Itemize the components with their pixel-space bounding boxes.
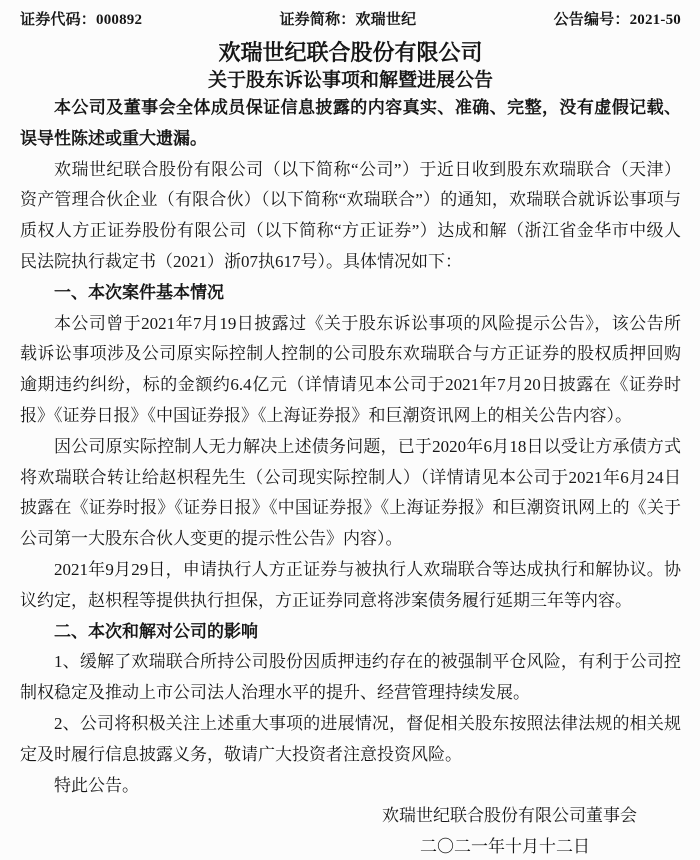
section2-heading: 二、本次和解对公司的影响 <box>20 617 681 648</box>
announcement-number: 公告编号：2021-50 <box>554 10 681 30</box>
document-header-row: 证券代码：000892 证券简称：欢瑞世纪 公告编号：2021-50 <box>20 10 681 30</box>
section2-paragraph-1: 1、缓解了欢瑞联合所持公司股份因质押违约存在的被强制平仓风险，有利于公司控制权稳… <box>20 647 681 709</box>
document-body: 本公司及董事会全体成员保证信息披露的内容真实、准确、完整，没有虚假记载、误导性陈… <box>20 93 681 801</box>
disclaimer-statement: 本公司及董事会全体成员保证信息披露的内容真实、准确、完整，没有虚假记载、误导性陈… <box>20 93 681 155</box>
signature-block: 欢瑞世纪联合股份有限公司董事会 二〇二一年十月十二日 <box>20 801 681 860</box>
section1-paragraph-1: 本公司曾于2021年7月19日披露过《关于股东诉讼事项的风险提示公告》，该公告所… <box>20 309 681 432</box>
section1-paragraph-3: 2021年9月29日，申请执行人方正证券与被执行人欢瑞联合等达成执行和解协议。协… <box>20 555 681 617</box>
signature-date: 二〇二一年十月十二日 <box>20 832 681 860</box>
stock-code: 证券代码：000892 <box>20 10 142 30</box>
section2-paragraph-2: 2、公司将积极关注上述重大事项的进展情况，督促相关股东按照法律法规的相关规定及时… <box>20 709 681 771</box>
company-title: 欢瑞世纪联合股份有限公司 <box>20 40 681 66</box>
section1-paragraph-2: 因公司原实际控制人无力解决上述债务问题，已于2020年6月18日以受让方承债方式… <box>20 432 681 555</box>
section1-heading: 一、本次案件基本情况 <box>20 278 681 309</box>
intro-paragraph: 欢瑞世纪联合股份有限公司（以下简称“公司”）于近日收到股东欢瑞联合（天津）资产管… <box>20 155 681 278</box>
stock-name: 证券简称：欢瑞世纪 <box>279 10 416 30</box>
signature-company: 欢瑞世纪联合股份有限公司董事会 <box>20 801 681 832</box>
announcement-document: 证券代码：000892 证券简称：欢瑞世纪 公告编号：2021-50 欢瑞世纪联… <box>0 0 700 860</box>
announcement-title: 关于股东诉讼事项和解暨进展公告 <box>20 69 681 93</box>
closing-statement: 特此公告。 <box>20 771 681 802</box>
